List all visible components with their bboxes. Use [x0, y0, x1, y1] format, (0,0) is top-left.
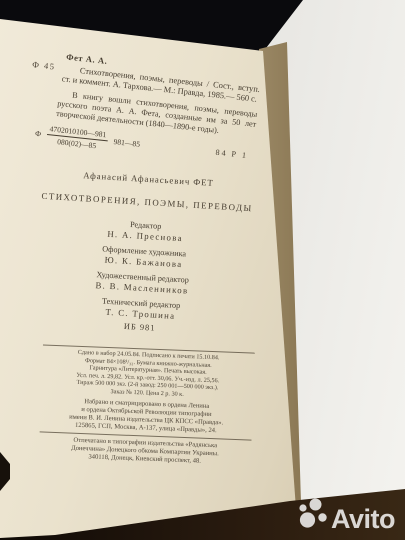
avito-watermark: Avito — [293, 495, 405, 539]
avito-dot-top — [310, 499, 322, 511]
avito-wordmark: Avito — [331, 504, 395, 534]
avito-dot-large — [300, 512, 315, 527]
colophon-block: Сдано в набор 24.05.84. Подписано к печа… — [26, 344, 268, 468]
title-credits-block: Афанасий Афанасьевич ФЕТ СТИХОТВОРЕНИЯ, … — [21, 167, 268, 339]
avito-dots-icon: Avito — [293, 495, 405, 539]
book-photo: Ф 45 Фет А. А. Стихотворения, поэмы, пер… — [0, 0, 405, 540]
print-specs: Сдано в набор 24.05.84. Подписано к печа… — [28, 347, 268, 401]
catalog-suffix: 981—85 — [113, 137, 141, 150]
typography-address: Набрано и сматрицировано в ордена Ленина… — [27, 396, 266, 437]
book-title: СТИХОТВОРЕНИЯ, ПОЭМЫ, ПЕРЕВОДЫ — [28, 190, 266, 214]
avito-dot-small-right — [318, 513, 326, 521]
catalog-letter: Ф — [35, 128, 42, 139]
avito-dot-small-left — [299, 504, 306, 511]
